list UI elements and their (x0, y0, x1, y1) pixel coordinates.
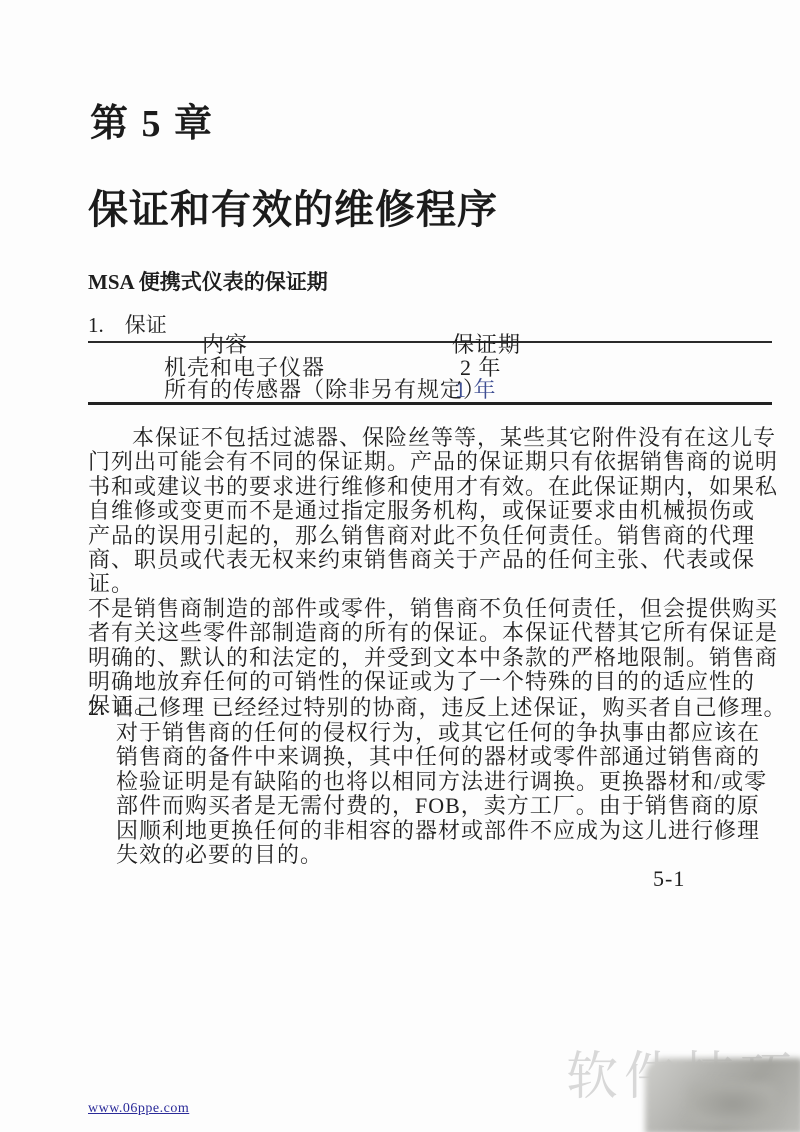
page-number: 5-1 (653, 866, 685, 892)
warranty-table-header-period: 保证期 (452, 334, 521, 357)
document-title: 保证和有效的维修程序 (88, 178, 498, 235)
warranty-table-header-content: 内容 (88, 334, 248, 357)
footer-link[interactable]: www.06ppe.com (88, 1101, 189, 1117)
warranty-table-header-row: 内容 保证期 (88, 334, 772, 357)
table-row-label: 所有的传感器（除非另有规定） (88, 379, 486, 402)
table-row: 机壳和电子仪器 2 年 (88, 357, 772, 380)
table-row-label: 机壳和电子仪器 (88, 357, 325, 380)
section-subtitle: MSA 便携式仪表的保证期 (88, 266, 328, 296)
warranty-table: 内容 保证期 机壳和电子仪器 2 年 所有的传感器（除非另有规定） 1 年 (88, 334, 772, 405)
table-row-value: 2 年 (460, 357, 502, 380)
chapter-heading: 第 5 章 (90, 92, 214, 147)
scan-smudge (688, 1082, 778, 1126)
self-repair-paragraph: 2. 自己修理 已经经过特别的协商，违反上述保证，购买者自己修理。 对于销售商的… (88, 696, 800, 868)
warranty-paragraph: 本保证不包括过滤器、保险丝等等，某些其它附件没有在这儿专 门列出可能会有不同的保… (88, 426, 792, 719)
document-page: 第 5 章 保证和有效的维修程序 MSA 便携式仪表的保证期 1. 保证 内容 … (0, 0, 800, 1132)
table-row-value: 1 年 (455, 379, 497, 402)
table-row: 所有的传感器（除非另有规定） 1 年 (88, 379, 772, 402)
